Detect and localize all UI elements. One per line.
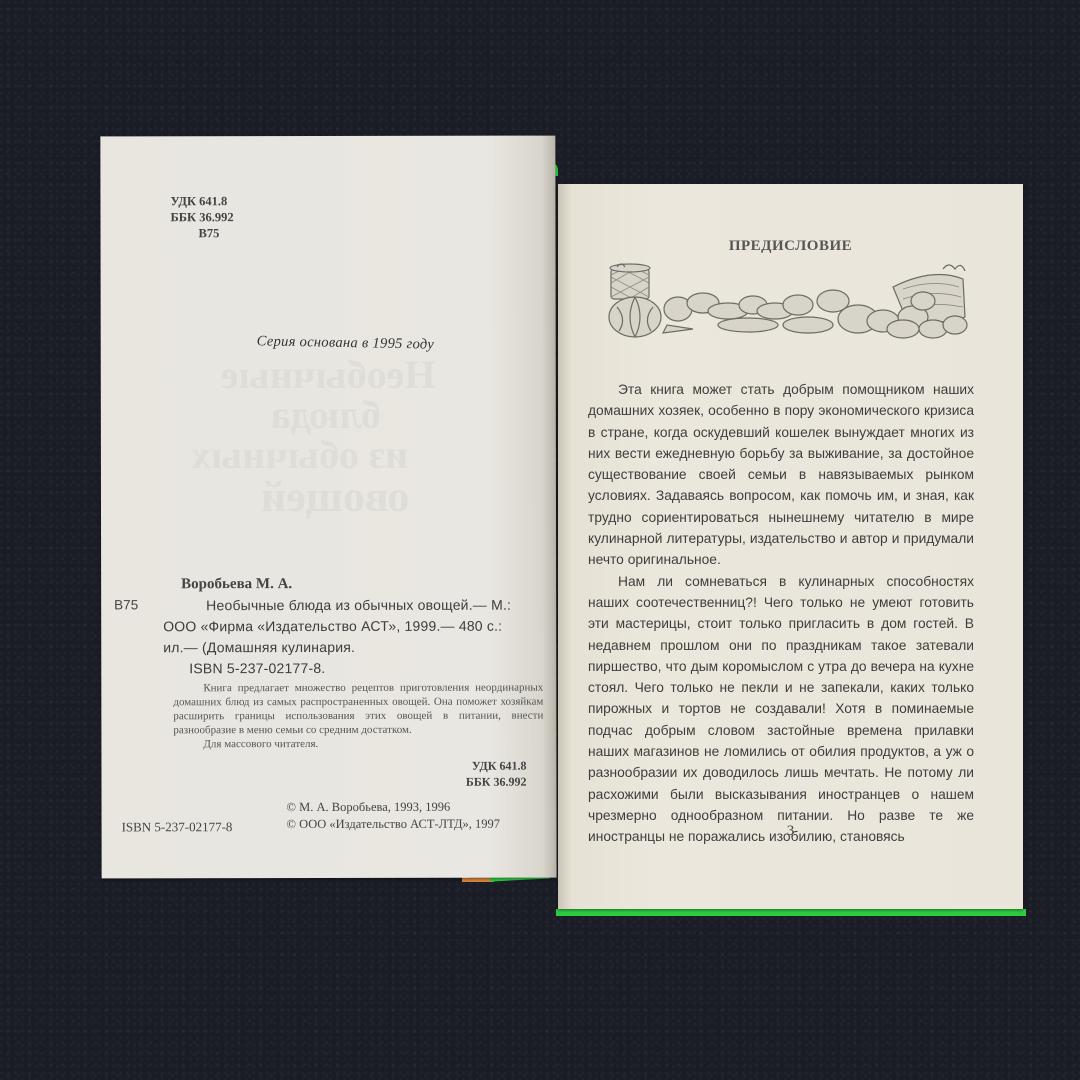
udk-code: УДК 641.8 — [466, 758, 527, 774]
classification-codes: УДК 641.8 ББК 36.992 В75 — [170, 193, 233, 241]
series-note: Серия основана в 1995 году — [257, 333, 435, 353]
catalog-line: ил.— (Домашняя кулинария. — [163, 637, 355, 658]
catalog-code: В75 — [114, 597, 138, 612]
catalog-annotation: Книга предлагает множество рецептов приг… — [173, 681, 543, 752]
author-code: В75 — [171, 225, 234, 241]
copyright-author: © М. А. Воробьева, 1993, 1996 — [287, 799, 500, 816]
foreword-text: Эта книга может стать добрым помощником … — [588, 379, 974, 848]
right-page: ПРЕДИСЛОВИЕ — [558, 184, 1023, 909]
bbk-code: ББК 36.992 — [466, 774, 527, 790]
annotation-text: Книга предлагает множество рецептов приг… — [173, 681, 543, 738]
page-number: 3 — [558, 823, 1023, 840]
bbk-code: ББК 36.992 — [170, 209, 233, 225]
paragraph: Эта книга может стать добрым помощником … — [588, 379, 974, 571]
paragraph: Нам ли сомневаться в кулинарных способно… — [588, 571, 974, 848]
isbn: ISBN 5-237-02177-8 — [122, 819, 233, 835]
left-page: Необычные блюда из обычных овощей УДК 64… — [100, 136, 556, 879]
catalog-line: Необычные блюда из обычных овощей.— М.: — [206, 595, 511, 617]
vegetables-vignette-icon — [603, 259, 973, 341]
udk-code: УДК 641.8 — [170, 193, 233, 209]
chapter-heading: ПРЕДИСЛОВИЕ — [558, 238, 1023, 255]
audience-text: Для массового читателя. — [173, 737, 543, 752]
ghost-title-line: овощей — [261, 471, 409, 522]
catalog-author: Воробьева М. А. — [181, 576, 292, 593]
catalog-classification: УДК 641.8 ББК 36.992 — [466, 758, 527, 790]
cover-edge-green-right — [556, 909, 1026, 916]
copyright-block: © М. А. Воробьева, 1993, 1996 © ООО «Изд… — [287, 799, 501, 833]
catalog-line: ООО «Фирма «Издательство АСТ», 1999.— 48… — [163, 616, 502, 638]
catalog-isbn: ISBN 5-237-02177-8. — [189, 658, 325, 679]
copyright-publisher: © ООО «Издательство АСТ-ЛТД», 1997 — [287, 816, 500, 833]
